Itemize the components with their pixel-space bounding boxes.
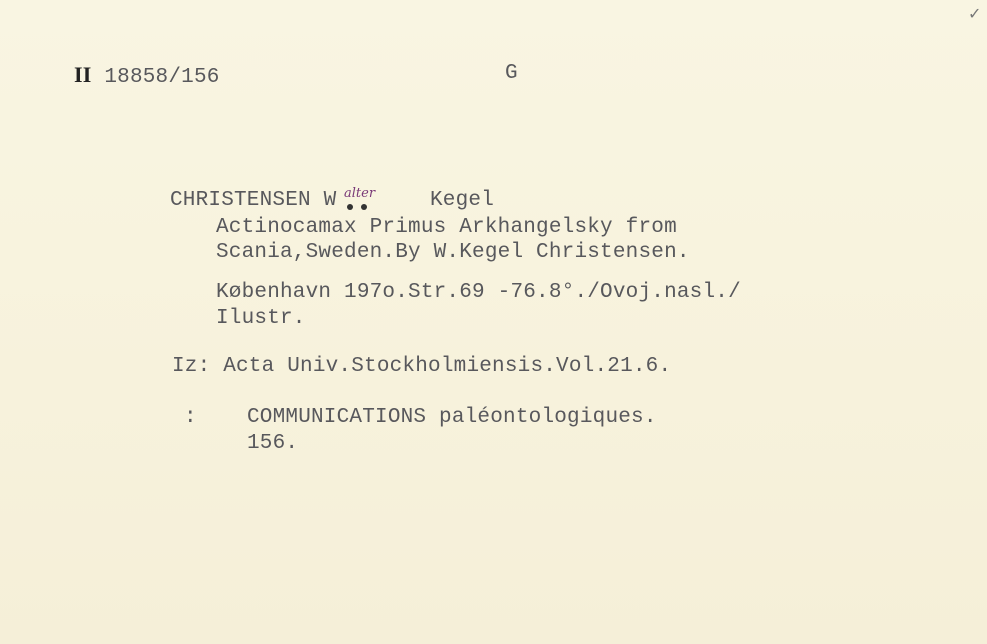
author-given-name: Kegel [430,189,494,212]
series-line-2: 156. [247,432,298,455]
initial-dots [347,204,377,212]
imprint-line-2: Ilustr. [216,307,306,330]
handwritten-annotation: alter [344,186,375,201]
source-note: Iz: Acta Univ.Stockholmiensis.Vol.21.6. [172,355,671,378]
call-number: II 18858/156 [74,62,220,89]
series-line-1: COMMUNICATIONS paléontologiques. [247,406,657,429]
series-marker: : [184,406,197,429]
catalog-card: ✓ II 18858/156 G CHRISTENSEN W alter Keg… [0,0,987,644]
location-code: G [505,62,518,85]
author-surname: CHRISTENSEN W [170,189,336,212]
call-number-prefix: II [74,62,92,87]
title-line-2: Scania,Sweden.By W.Kegel Christensen. [216,241,690,264]
call-number-value: 18858/156 [104,66,219,89]
imprint-line-1: København 197o.Str.69 -76.8°./Ovoj.nasl.… [216,281,741,304]
check-mark-icon: ✓ [968,4,981,23]
title-line-1: Actinocamax Primus Arkhangelsky from [216,216,677,239]
